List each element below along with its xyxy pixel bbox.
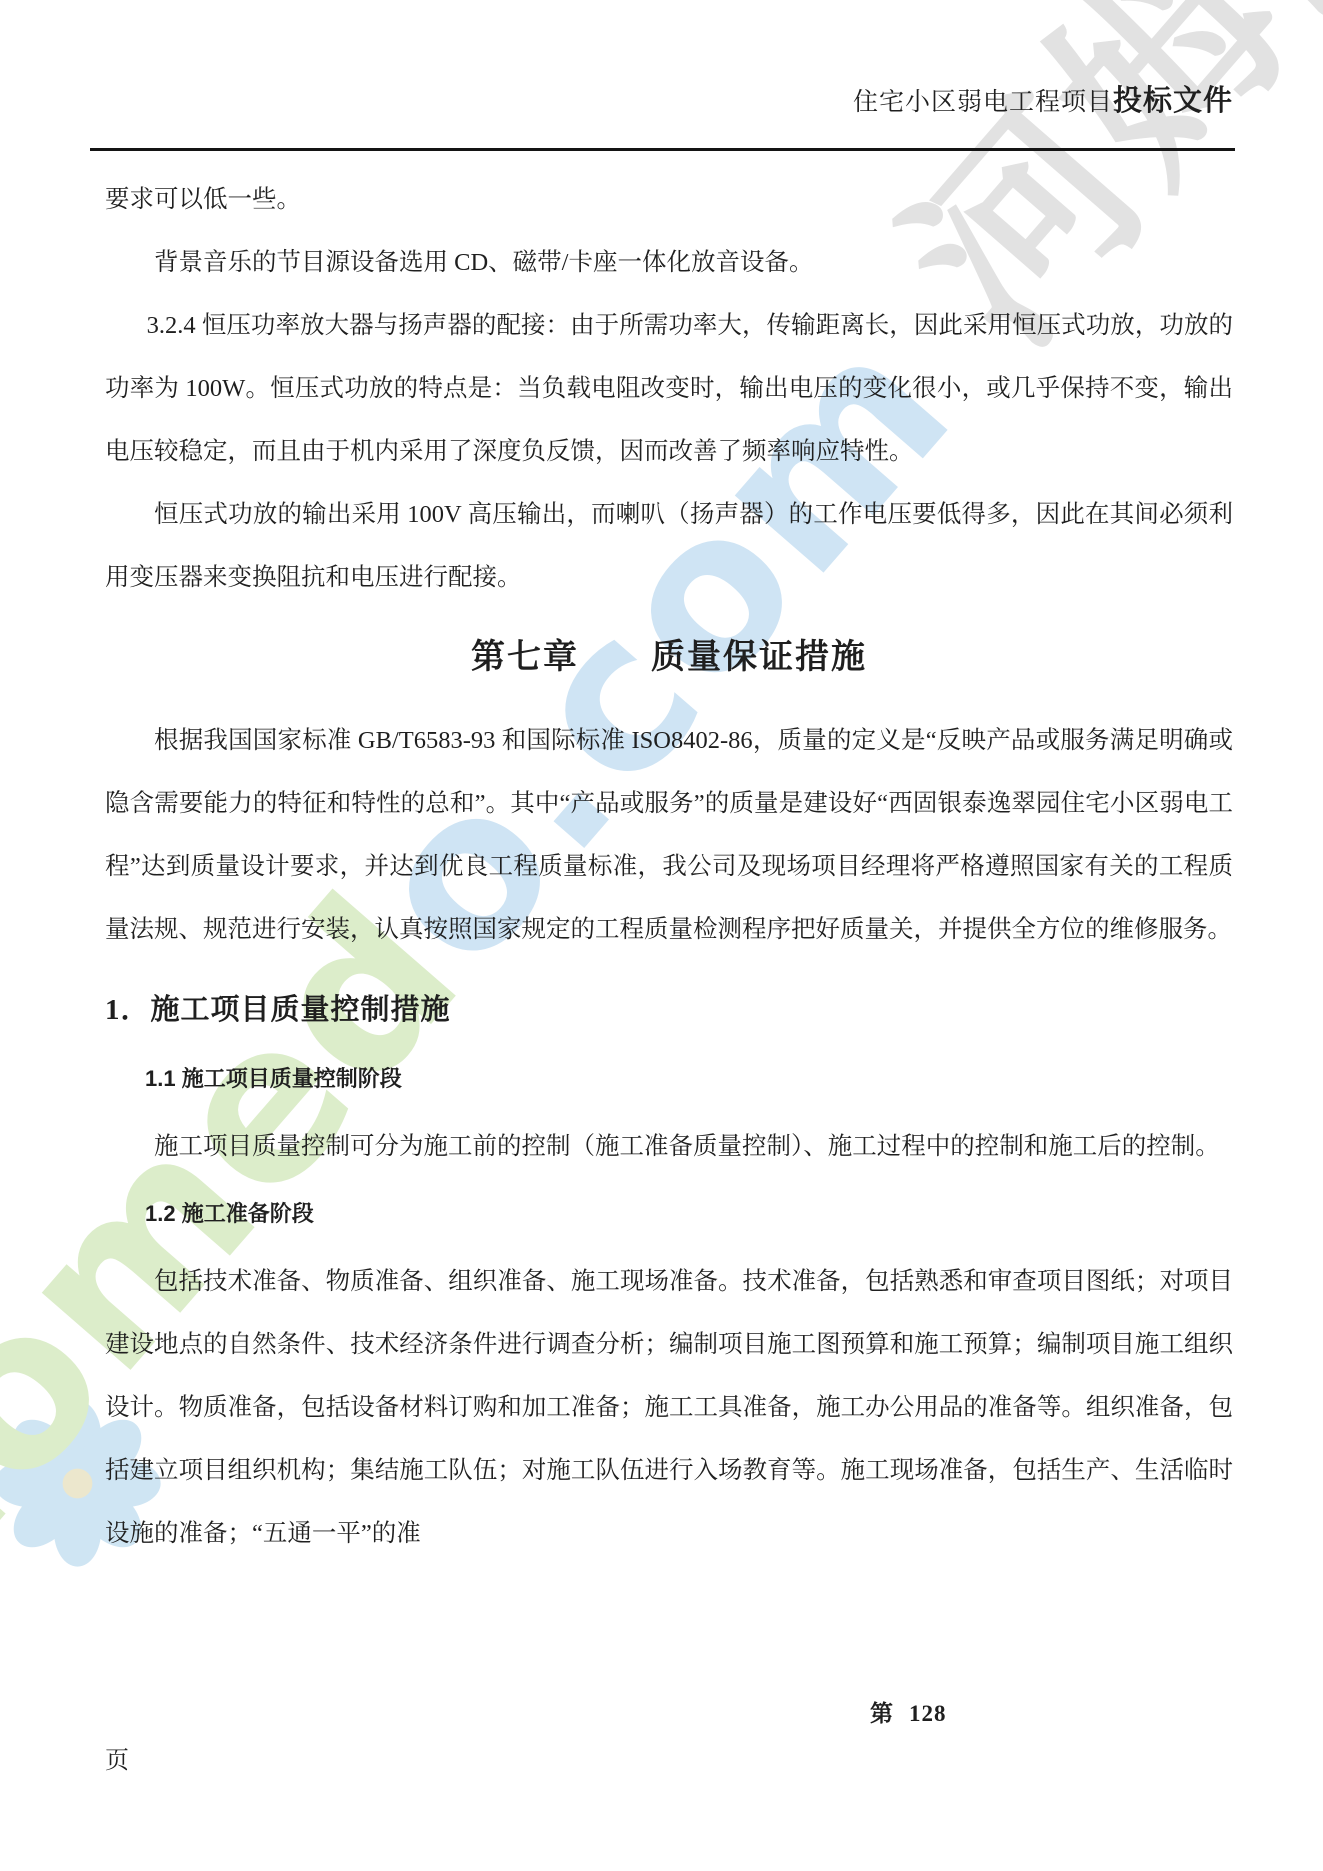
- page-content: 住宅小区弱电工程项目投标文件 要求可以低一些。 背景音乐的节目源设备选用 CD、…: [0, 0, 1323, 1871]
- paragraph-background-music: 背景音乐的节目源设备选用 CD、磁带/卡座一体化放音设备。: [105, 231, 1233, 294]
- subsection-1-1-title: 1.1 施工项目质量控制阶段: [145, 1049, 1233, 1109]
- header-doc-type: 投标文件: [1113, 85, 1233, 117]
- section-1-title: 1．施工项目质量控制措施: [105, 977, 1233, 1043]
- paragraph-continuation: 要求可以低一些。: [105, 168, 1233, 231]
- paragraph-100v-output: 恒压式功放的输出采用 100V 高压输出，而喇叭（扬声器）的工作电压要低得多，因…: [105, 483, 1233, 609]
- chapter-7-title: 第七章 质量保证措施: [105, 623, 1233, 693]
- paragraph-preparation: 包括技术准备、物质准备、组织准备、施工现场准备。技术准备，包括熟悉和审查项目图纸…: [105, 1250, 1233, 1565]
- footer-page-suffix: 页: [105, 1740, 129, 1775]
- page-number-value: 128: [909, 1701, 947, 1726]
- footer-page-number: 第128: [870, 1695, 947, 1728]
- page-number-prefix: 第: [870, 1701, 895, 1726]
- header-project-title: 住宅小区弱电工程项目: [853, 89, 1113, 116]
- document-page: homedo.com 河姆渡 住宅小区弱电工程项目投标文件 要求可以低一些。 背…: [0, 0, 1323, 1871]
- subsection-1-2-title: 1.2 施工准备阶段: [145, 1184, 1233, 1244]
- paragraph-control-stages: 施工项目质量控制可分为施工前的控制（施工准备质量控制）、施工过程中的控制和施工后…: [105, 1115, 1233, 1178]
- page-header: 住宅小区弱电工程项目投标文件: [853, 78, 1233, 119]
- paragraph-quality-definition: 根据我国国家标准 GB/T6583-93 和国际标准 ISO8402-86，质量…: [105, 709, 1233, 961]
- paragraph-324-amplifier: 3.2.4 恒压功率放大器与扬声器的配接：由于所需功率大，传输距离长，因此采用恒…: [105, 294, 1233, 483]
- header-rule: [90, 148, 1235, 151]
- body-text: 要求可以低一些。 背景音乐的节目源设备选用 CD、磁带/卡座一体化放音设备。 3…: [105, 168, 1233, 1565]
